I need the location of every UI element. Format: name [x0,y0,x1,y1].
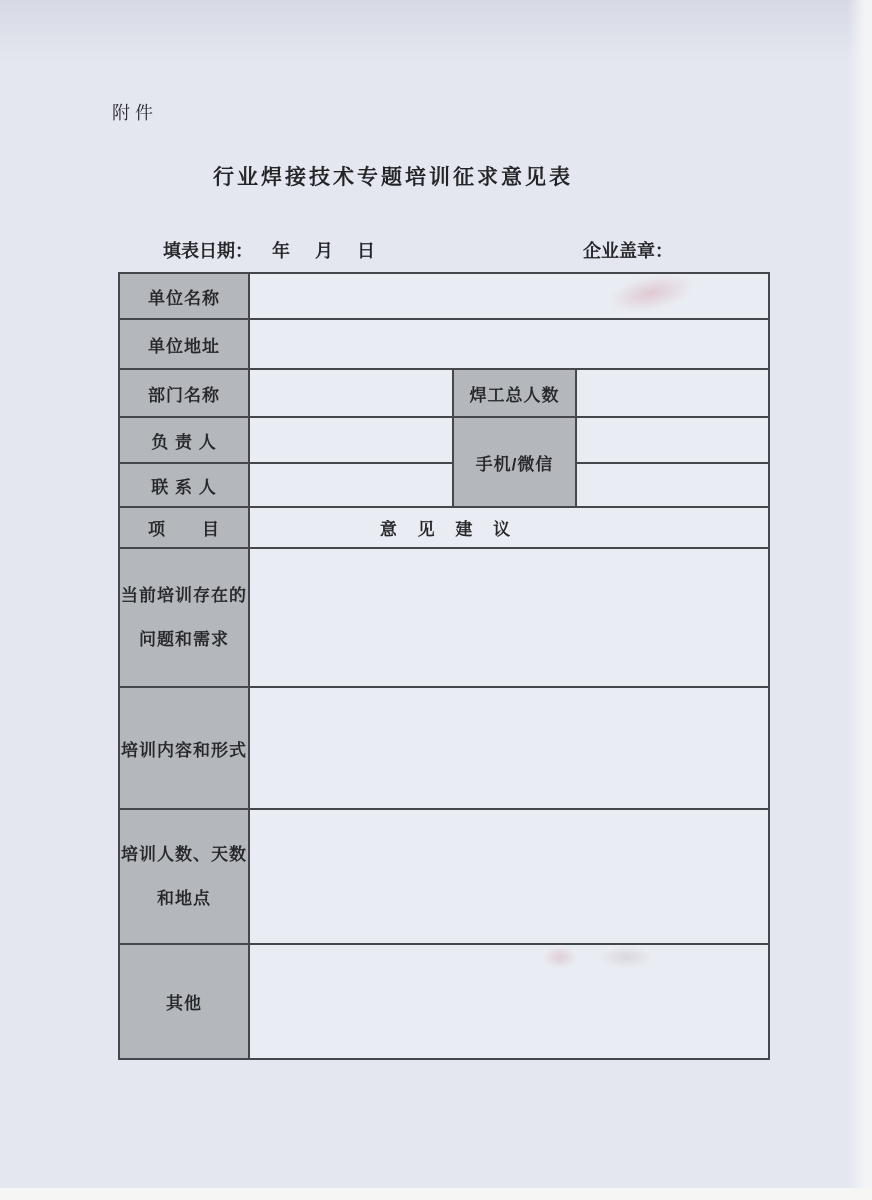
row-current-problems: 当前培训存在的 问题和需求 [119,548,769,687]
row-unit-name: 单位名称 [119,273,769,319]
row-person-in-charge: 负 责 人 手机/微信 [119,417,769,463]
input-cell-training-scale [249,809,769,944]
header-unit-name: 单位名称 [119,273,249,319]
input-cell-unit-address [249,319,769,369]
scanned-page: 附件 行业焊接技术专题培训征求意见表 填表日期： 年 月 日 企业盖章： 单位名… [0,0,872,1188]
row-unit-address: 单位地址 [119,319,769,369]
attachment-label: 附件 [112,99,158,125]
input-cell-person-in-charge [249,417,453,463]
header-contact-person: 联 系 人 [119,463,249,507]
header-welder-total: 焊工总人数 [453,369,576,417]
header-department-name: 部门名称 [119,369,249,417]
header-mobile-wechat: 手机/微信 [453,417,576,507]
scan-shading-top [0,0,872,62]
header-person-in-charge: 负 责 人 [119,417,249,463]
fill-date-label: 填表日期： [163,237,253,263]
header-opinions-suggestions: 意 见 建 议 [249,507,769,548]
row-training-scale: 培训人数、天数 和地点 [119,809,769,944]
input-cell-other [249,944,769,1059]
header-unit-address: 单位地址 [119,319,249,369]
day-label: 日 [357,237,375,263]
input-cell-mobile-wechat-2 [576,463,769,507]
input-cell-welder-total [576,369,769,417]
input-cell-unit-name [249,273,769,319]
input-cell-mobile-wechat-1 [576,417,769,463]
company-seal-label: 企业盖章： [583,237,673,263]
year-label: 年 [272,237,290,263]
header-current-problems: 当前培训存在的 问题和需求 [119,548,249,687]
scan-edge-right [848,0,872,1188]
month-label: 月 [315,237,333,263]
row-department: 部门名称 焊工总人数 [119,369,769,417]
form-title: 行业焊接技术专题培训征求意见表 [0,161,786,191]
header-training-content: 培训内容和形式 [119,687,249,809]
row-project-opinions: 项 目 意 见 建 议 [119,507,769,548]
row-contact-person: 联 系 人 [119,463,769,507]
input-cell-department-name [249,369,453,417]
header-project: 项 目 [119,507,249,548]
input-cell-current-problems [249,548,769,687]
row-other: 其他 [119,944,769,1059]
feedback-form-table: 单位名称 单位地址 部门名称 焊工总人数 负 责 人 手机/微信 联 系 人 [118,272,770,1060]
header-training-scale: 培训人数、天数 和地点 [119,809,249,944]
header-other: 其他 [119,944,249,1059]
row-training-content: 培训内容和形式 [119,687,769,809]
input-cell-contact-person [249,463,453,507]
input-cell-training-content [249,687,769,809]
